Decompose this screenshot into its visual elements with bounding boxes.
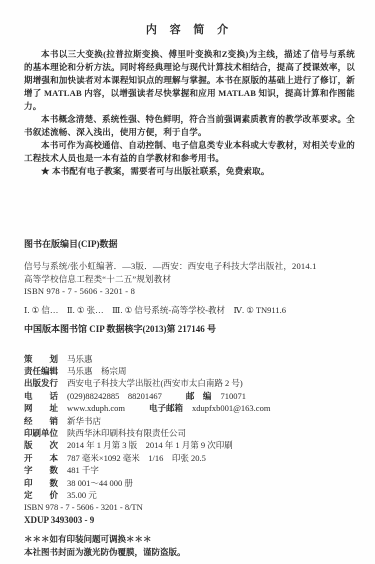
pub-label: 电 话 — [24, 390, 62, 402]
book-copyright-page: 内 容 简 介 本书以三大变换(拉普拉斯变换、傅里叶变换和Z变换)为主线，描述了… — [0, 0, 375, 564]
intro-paragraph-2: 本书概念清楚、系统性强、特色鲜明，符合当前强调素质教育的教学改革要求。全书叙述流… — [24, 113, 355, 139]
pub-value-email: xdupfxb001@163.com — [192, 403, 270, 413]
pub-value: 35.00 元 — [67, 490, 97, 500]
pub-value: 马乐惠 — [67, 354, 93, 364]
pub-label: 经 销 — [24, 415, 62, 427]
cip-classification: Ⅰ. ① 信… Ⅱ. ① 张… Ⅲ. ① 信号系统-高等学校-教材 Ⅳ. ① T… — [24, 304, 355, 316]
pub-value: 787 毫米×1092 毫米 1/16 印张 20.5 — [67, 453, 206, 463]
pub-value: 西安电子科技大学出版社(西安市太白南路 2 号) — [67, 378, 243, 388]
pub-row-distributor: 经 销新华书店 — [24, 415, 355, 427]
pub-label: 定 价 — [24, 489, 62, 501]
pub-label: 字 数 — [24, 464, 62, 476]
pub-value: 马乐惠 杨宗周 — [67, 366, 127, 376]
intro-ebook-note: ★ 本书配有电子教案，需要者可与出版社联系，免费索取。 — [24, 165, 355, 178]
publication-info: 策 划马乐惠 责任编辑马乐惠 杨宗周 出版发行西安电子科技大学出版社(西安市太白… — [24, 353, 355, 527]
pub-row-format: 开 本787 毫米×1092 毫米 1/16 印张 20.5 — [24, 452, 355, 464]
pub-row-edition: 版 次2014 年 1 月第 3 版 2014 年 1 月第 9 次印刷 — [24, 439, 355, 451]
pub-label: 版 次 — [24, 439, 62, 451]
pub-label: 印 数 — [24, 477, 62, 489]
pub-label: 开 本 — [24, 452, 62, 464]
pub-row-editor: 责任编辑马乐惠 杨宗周 — [24, 365, 355, 377]
cip-isbn-line: ISBN 978 - 7 - 5606 - 3201 - 8 — [24, 285, 355, 298]
cip-heading: 图书在版编目(CIP)数据 — [24, 238, 355, 251]
exchange-notice: ＊＊＊如有印装问题可调换＊＊＊ — [24, 533, 355, 546]
pub-value: 2014 年 1 月第 3 版 2014 年 1 月第 9 次印刷 — [67, 440, 233, 450]
pub-label: 责任编辑 — [24, 365, 62, 377]
intro-section: 本书以三大变换(拉普拉斯变换、傅里叶变换和Z变换)为主线，描述了信号与系统的基本… — [24, 48, 355, 178]
antipiracy-notice: 本社图书封面为激光防伪覆膜，谨防盗版。 — [24, 546, 355, 559]
pub-row-printer: 印刷单位陕西华沐印刷科技有限责任公司 — [24, 427, 355, 439]
cip-registry-number: 中国版本图书馆 CIP 数据核字(2013)第 217146 号 — [24, 323, 355, 336]
pub-row-phone: 电 话(029)88242885 88201467邮 编710071 — [24, 390, 355, 402]
intro-title: 内 容 简 介 — [24, 24, 355, 37]
pub-value: 481 千字 — [67, 465, 99, 475]
pub-row-printrun: 印 数38 001～44 000 册 — [24, 477, 355, 489]
pub-value: 新华书店 — [67, 416, 101, 426]
pub-label: 网 址 — [24, 402, 62, 414]
pub-label: 策 划 — [24, 353, 62, 365]
pub-row-price: 定 价35.00 元 — [24, 489, 355, 501]
pub-label: 印刷单位 — [24, 427, 62, 439]
pub-row-planner: 策 划马乐惠 — [24, 353, 355, 365]
intro-paragraph-3: 本书可作为高校通信、自动控制、电子信息类专业本科或大专教材，对相关专业的工程技术… — [24, 139, 355, 165]
pub-label: 出版发行 — [24, 377, 62, 389]
pub-value-postcode: 710071 — [220, 391, 246, 401]
intro-paragraph-1: 本书以三大变换(拉普拉斯变换、傅里叶变换和Z变换)为主线，描述了信号与系统的基本… — [24, 48, 355, 113]
cip-section: 图书在版编目(CIP)数据 信号与系统/张小虹编著．—3版．—西安：西安电子科技… — [24, 238, 355, 336]
pub-row-publisher: 出版发行西安电子科技大学出版社(西安市太白南路 2 号) — [24, 377, 355, 389]
pub-value: 38 001～44 000 册 — [67, 478, 133, 488]
cip-series-line: 高等学校信息工程类“十二五”规划教材 — [24, 273, 355, 286]
isbn-full-line: ISBN 978 - 7 - 5606 - 3201 - 8/TN — [24, 501, 355, 513]
pub-value: (029)88242885 88201467 — [67, 391, 162, 401]
xdup-number: XDUP 3493003 - 9 — [24, 514, 355, 527]
pub-value: 陕西华沐印刷科技有限责任公司 — [67, 428, 186, 438]
pub-row-wordcount: 字 数481 千字 — [24, 464, 355, 476]
pub-label-postcode: 邮 编 — [186, 391, 212, 401]
cip-book-line: 信号与系统/张小虹编著．—3版．—西安：西安电子科技大学出版社，2014.1 — [24, 260, 355, 273]
pub-row-website: 网 址www.xduph.com电子邮箱xdupfxb001@163.com — [24, 402, 355, 414]
pub-value: www.xduph.com — [67, 403, 125, 413]
pub-label-email: 电子邮箱 — [149, 403, 183, 413]
footer-notices: ＊＊＊如有印装问题可调换＊＊＊ 本社图书封面为激光防伪覆膜，谨防盗版。 — [24, 533, 355, 559]
